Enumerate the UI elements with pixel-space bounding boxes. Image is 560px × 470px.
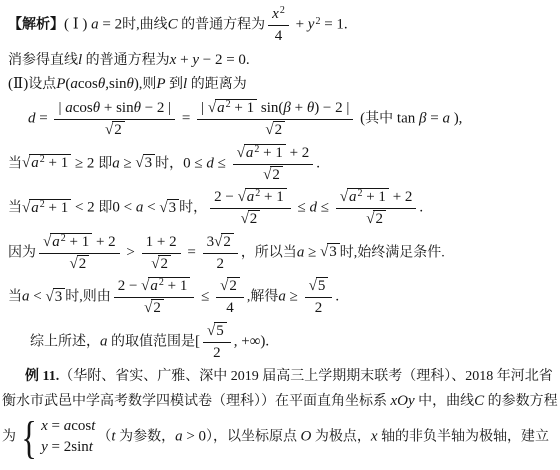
system-row: y = 2sint (41, 437, 95, 458)
cjk-text-run: 即 (98, 201, 112, 216)
text-run: 2 (153, 300, 161, 316)
math-fraction: √a2 + 1 + 2√2 (39, 233, 120, 274)
fraction-denominator: √2 (336, 209, 417, 229)
math-variable: a (442, 111, 450, 127)
text-run: ≥ (120, 155, 136, 171)
text-run: 2 − (118, 278, 141, 294)
cjk-text-run: ），以坐标原点 (206, 430, 301, 445)
math-fraction: √52 (305, 277, 333, 318)
text-run: > 0 (183, 429, 206, 445)
radicand: 2 (373, 210, 386, 228)
text-run: > (123, 244, 139, 260)
math-variable: a (52, 234, 60, 250)
text-run: 3 (55, 289, 63, 305)
math-variable: θ (127, 76, 134, 92)
text-run: + sin (100, 100, 133, 116)
solution-part2-setup-line: (Ⅱ)设点P(acosθ,sinθ),则P 到l 的距离为 (8, 74, 558, 95)
cjk-text-run: 当 (8, 290, 22, 305)
fraction-numerator: 3√2 (203, 233, 238, 254)
math-variable: a (31, 155, 39, 171)
math-sqrt: √3 (320, 242, 340, 262)
solution-line-eliminate-parameter: 消参得直线l 的普通方程为x + y − 2 = 0. (8, 50, 558, 71)
math-variable: x (371, 429, 378, 445)
text-run: ≤ (317, 200, 333, 216)
math-variable: C (474, 393, 484, 409)
text-run: ) − 2 | (314, 100, 349, 116)
radicand: 3 (167, 199, 180, 217)
cjk-text-run: 时,则由 (65, 290, 111, 305)
radicand: 2 (248, 210, 261, 228)
text-run: + 1 (164, 278, 187, 294)
text-run: 3 (145, 155, 153, 171)
radicand: 2 (270, 166, 283, 184)
text-run: = 1. (320, 17, 347, 33)
fraction-denominator: 2 (305, 298, 333, 318)
math-sqrt: √5 (309, 277, 329, 296)
math-sqrt: √2 (366, 210, 386, 229)
math-variable: a (150, 278, 158, 294)
cjk-text-run: 的距离为 (187, 77, 247, 92)
text-run: = 2sin (48, 439, 89, 455)
math-fraction: 2 − √a2 + 1√2 (210, 188, 291, 229)
text-run: 2 (275, 122, 283, 138)
math-sqrt: √2 (265, 121, 285, 140)
cjk-text-run: 为 (2, 430, 16, 445)
text-run: + (176, 52, 192, 68)
math-sqrt: √a2 + 1 (22, 153, 71, 173)
solution-case1-line: 当√a2 + 1 ≥ 2 即a ≥ √3时，0 ≤ d ≤ √a2 + 1 + … (8, 144, 558, 185)
text-run: ( Ⅰ ) (64, 17, 91, 33)
text-run: + 1 (260, 189, 283, 205)
text-run: . (316, 155, 320, 171)
radicand: 5 (316, 277, 329, 295)
math-variable: a (22, 289, 30, 305)
text-run: 2 (114, 122, 122, 138)
text-run: 2 (213, 345, 221, 361)
math-variable: a (217, 100, 225, 116)
text-run: = (184, 244, 200, 260)
cjk-text-run: 消参得直线 (8, 53, 78, 68)
radicand: a2 + 1 (347, 188, 389, 206)
math-variable: P (56, 76, 65, 92)
math-sqrt: √a2 + 1 (237, 144, 286, 163)
math-variable: a (65, 100, 73, 116)
text-run: 2 (223, 234, 231, 250)
radicand: 2 (221, 233, 234, 251)
text-run: 0 ≤ (183, 155, 206, 171)
text-run: [ (195, 333, 200, 349)
text-run: ,sin (105, 76, 126, 92)
text-run: 2 (375, 211, 383, 227)
radicand: 5 (214, 322, 227, 340)
cjk-text-run: 的参数方程 (484, 394, 558, 409)
fraction-numerator: √5 (203, 322, 231, 343)
math-variable: a (91, 17, 99, 33)
left-brace-icon: { (21, 418, 36, 457)
radicand: 3 (143, 154, 156, 172)
fraction-numerator: | acosθ + sinθ − 2 | (54, 99, 175, 120)
text-run: + 1 (259, 145, 282, 161)
cjk-text-run: 即 (98, 156, 112, 171)
math-variable: a (349, 189, 357, 205)
math-variable: d (28, 111, 36, 127)
cjk-text-run: 为参数， (116, 430, 176, 445)
fraction-numerator: 1 + 2 (142, 233, 181, 254)
math-variable: y (41, 439, 48, 455)
radicand: 2 (273, 121, 286, 139)
text-run: 3 (169, 200, 177, 216)
cjk-text-run: ,解得 (247, 290, 279, 305)
text-run: 4 (226, 300, 234, 316)
math-sqrt: √a2 + 1 (141, 277, 190, 296)
math-variable: xOy (391, 393, 415, 409)
fraction-numerator: √2 (216, 277, 244, 298)
math-variable: t (89, 439, 93, 455)
cjk-text-run: 当 (8, 201, 22, 216)
math-fraction: x24 (268, 5, 289, 46)
text-run: + 1 (45, 200, 68, 216)
cjk-text-run: 其中 (365, 112, 393, 127)
text-run: ≥ (286, 289, 302, 305)
text-run: ≥ 2 (71, 155, 98, 171)
math-sqrt: √a2 + 1 (208, 99, 257, 118)
math-sqrt: √2 (69, 255, 89, 274)
math-superscript: 2 (315, 16, 320, 27)
math-variable: a (31, 200, 39, 216)
math-variable: d (206, 155, 214, 171)
text-run: cos (78, 76, 98, 92)
solution-distance-formula-line: d = | acosθ + sinθ − 2 |√2 = | √a2 + 1 s… (28, 99, 558, 140)
math-variable: a (70, 76, 78, 92)
math-fraction: | √a2 + 1 sin(β + θ) − 2 |√2 (197, 99, 353, 140)
cjk-text-run: 因为 (8, 245, 36, 260)
text-run: 0 < (112, 200, 135, 216)
text-run: = (36, 111, 52, 127)
text-run: | (201, 100, 208, 116)
math-superscript: 2 (40, 154, 45, 165)
math-sqrt: √2 (144, 299, 164, 318)
math-sqrt: √a2 + 1 (22, 198, 71, 218)
cjk-text-run: 时,始终满足条件. (340, 245, 445, 260)
fraction-denominator: √2 (197, 120, 353, 140)
math-superscript: 2 (255, 188, 260, 199)
math-variable: a (246, 145, 254, 161)
fraction-numerator: √a2 + 1 + 2 (336, 188, 417, 209)
fraction-denominator: 4 (216, 298, 244, 318)
fraction-denominator: √2 (210, 209, 291, 229)
text-run: . (419, 200, 423, 216)
text-run: − 2 = 0. (199, 52, 250, 68)
math-variable: O (301, 429, 312, 445)
fraction-numerator: √5 (305, 277, 333, 298)
text-run: , +∞). (234, 333, 269, 349)
radicand: a2 + 1 (215, 99, 257, 117)
text-run: + 1 (45, 155, 68, 171)
text-run: ), (450, 111, 463, 127)
math-variable: t (91, 418, 95, 434)
bold-label: 【解析】 (8, 18, 64, 33)
text-run: 4 (275, 28, 283, 44)
text-run: 2 (229, 278, 237, 294)
fraction-numerator: x2 (268, 5, 289, 26)
cjk-text-run: 设点 (28, 77, 56, 92)
math-variable: a (100, 333, 108, 349)
radicand: a2 + 1 (148, 277, 190, 295)
fraction-denominator: √2 (39, 254, 120, 274)
text-run: + (292, 17, 308, 33)
math-variable: y (192, 52, 199, 68)
cjk-text-run: （华附、省实、广雅、深中 2019 届高三上学期期末联考（理科）、2018 年河… (59, 369, 553, 384)
math-sqrt: √2 (220, 277, 240, 296)
math-fraction: 2 − √a2 + 1√2 (114, 277, 195, 318)
math-variable: β (283, 100, 290, 116)
solution-case2-line: 当√a2 + 1 < 2 即0 < a < √3时，2 − √a2 + 1√2 … (8, 188, 558, 229)
fraction-denominator: 2 (203, 343, 231, 363)
math-variable: θ (134, 100, 141, 116)
radicand: 2 (227, 277, 240, 295)
example11-parametric-line: 为{x = acosty = 2sint（t 为参数，a > 0），以坐标原点 … (2, 416, 558, 458)
cjk-text-run: 的普通方程为 (82, 53, 170, 68)
math-superscript: 2 (159, 277, 164, 288)
fraction-denominator: √2 (233, 165, 314, 185)
text-run: − 2 | (141, 100, 171, 116)
text-run: ≤ (214, 155, 230, 171)
math-solution-document: 【解析】( Ⅰ ) a = 2时,曲线C 的普通方程为x24 + y2 = 1.… (0, 0, 560, 458)
text-run: + 1 (362, 189, 385, 205)
text-run: cos (71, 418, 91, 434)
text-run: ≤ (294, 200, 310, 216)
math-fraction: √52 (203, 322, 231, 363)
text-run: 2 (315, 300, 323, 316)
radicand: 2 (112, 121, 125, 139)
math-sqrt: √3 (135, 153, 155, 173)
math-variable: a (112, 155, 120, 171)
math-fraction: 1 + 2√2 (142, 233, 181, 274)
cjk-text-run: 到 (166, 77, 184, 92)
cjk-text-run: 时,曲线 (122, 18, 168, 33)
math-sqrt: √3 (45, 287, 65, 307)
text-run: 2 (160, 256, 168, 272)
cjk-text-run: ,则 (139, 77, 157, 92)
text-run: + 2 (286, 145, 309, 161)
math-sqrt: √2 (214, 233, 234, 252)
text-run: + 2 (92, 234, 115, 250)
cjk-text-run: （ (97, 430, 111, 445)
radicand: a2 + 1 (50, 233, 92, 251)
solution-part1-line: 【解析】( Ⅰ ) a = 2时,曲线C 的普通方程为x24 + y2 = 1. (8, 5, 558, 46)
bold-label: 例 11. (25, 369, 59, 384)
math-variable: P (156, 76, 165, 92)
text-run: ≤ (197, 289, 213, 305)
fraction-numerator: 2 − √a2 + 1 (114, 277, 195, 298)
math-sqrt: √2 (241, 210, 261, 229)
math-sqrt: √2 (105, 121, 125, 140)
text-run: < 2 (71, 200, 98, 216)
text-run: cos (73, 100, 93, 116)
radicand: a2 + 1 (245, 188, 287, 206)
cjk-text-run: 为极点， (311, 430, 371, 445)
text-run: 1 + 2 (146, 234, 177, 250)
cjk-text-run: 轴的非负半轴为极轴，建立 (378, 430, 550, 445)
text-run: . (335, 289, 339, 305)
fraction-numerator: √a2 + 1 + 2 (39, 233, 120, 254)
math-variable: x (272, 6, 279, 22)
cjk-text-run: 综上所述， (30, 334, 100, 349)
solution-case-a-less-line: 当a < √3时,则由2 − √a2 + 1√2 ≤ √24,解得a ≥ √52… (8, 277, 558, 318)
cjk-text-run: 当 (8, 156, 22, 171)
math-superscript: 2 (254, 144, 259, 155)
text-run: 2 (216, 256, 224, 272)
text-run: (Ⅱ) (8, 76, 28, 92)
math-sqrt: √3 (159, 198, 179, 218)
math-superscript: 2 (357, 188, 362, 199)
radicand: 3 (53, 288, 66, 306)
fraction-denominator: 4 (268, 26, 289, 46)
cjk-text-run: 衡水市武邑中学高考数学四模试卷（理科））在平面直角坐标系 (2, 394, 391, 409)
text-run: ≥ (304, 244, 320, 260)
equation-system: {x = acosty = 2sint (18, 416, 95, 458)
radicand: 2 (151, 299, 164, 317)
math-sqrt: √a2 + 1 (238, 188, 287, 207)
fraction-numerator: 2 − √a2 + 1 (210, 188, 291, 209)
text-run: 3 (329, 244, 337, 260)
text-run: 2 − (214, 189, 237, 205)
text-run: 3 (207, 234, 215, 250)
math-fraction: 3√22 (203, 233, 238, 274)
text-run: + 1 (231, 100, 254, 116)
math-fraction: √a2 + 1 + 2√2 (336, 188, 417, 229)
radicand: 3 (327, 243, 340, 261)
math-superscript: 2 (226, 99, 231, 110)
math-fraction: | acosθ + sinθ − 2 |√2 (54, 99, 175, 140)
radicand: 2 (158, 255, 171, 273)
text-run: = (48, 418, 64, 434)
radicand: a2 + 1 (29, 154, 71, 172)
math-fraction: √24 (216, 277, 244, 318)
text-run: 5 (318, 278, 326, 294)
text-run: 5 (216, 323, 224, 339)
text-run: = (426, 111, 442, 127)
math-sqrt: √2 (151, 255, 171, 274)
text-run: + 1 (66, 234, 89, 250)
fraction-denominator: √2 (54, 120, 175, 140)
math-sqrt: √a2 + 1 (340, 188, 389, 207)
text-run: < (30, 289, 46, 305)
math-variable: C (168, 17, 178, 33)
text-run: sin( (257, 100, 283, 116)
text-run: + (291, 100, 307, 116)
fraction-denominator: 2 (203, 254, 238, 274)
math-sqrt: √2 (263, 166, 283, 185)
math-variable: a (247, 189, 255, 205)
math-sqrt: √5 (207, 322, 227, 341)
example11-body-line: 衡水市武邑中学高考数学四模试卷（理科））在平面直角坐标系 xOy 中，曲线C 的… (2, 391, 558, 412)
math-fraction: √a2 + 1 + 2√2 (233, 144, 314, 185)
radicand: a2 + 1 (29, 199, 71, 217)
text-run: 2 (250, 211, 258, 227)
math-superscript: 2 (40, 199, 45, 210)
text-run: ( (356, 111, 365, 127)
cjk-text-run: ，所以当 (241, 245, 297, 260)
text-run: 2 (272, 167, 280, 183)
fraction-numerator: √a2 + 1 + 2 (233, 144, 314, 165)
math-variable: θ (93, 100, 100, 116)
math-variable: a (175, 429, 183, 445)
cjk-text-run: 时， (179, 201, 207, 216)
text-run: < (143, 200, 159, 216)
cjk-text-run: 的普通方程为 (178, 18, 266, 33)
text-run: + 2 (389, 189, 412, 205)
radicand: 2 (77, 255, 90, 273)
math-variable: d (310, 200, 318, 216)
text-run: 2 (79, 256, 87, 272)
system-row: x = acost (41, 416, 95, 437)
math-variable: y (308, 17, 315, 33)
solution-because-line: 因为√a2 + 1 + 2√2 > 1 + 2√2 = 3√22，所以当a ≥ … (8, 233, 558, 274)
fraction-denominator: √2 (142, 254, 181, 274)
text-run: = (178, 111, 194, 127)
math-superscript: 2 (61, 233, 66, 244)
radicand: a2 + 1 (244, 144, 286, 162)
cjk-text-run: 时， (155, 156, 183, 171)
cjk-text-run: 的取值范围是 (108, 334, 196, 349)
example11-heading-line: 例 11.（华附、省实、广雅、深中 2019 届高三上学期期末联考（理科）、20… (25, 366, 558, 387)
solution-conclusion-line: 综上所述，a 的取值范围是[√52, +∞). (30, 322, 558, 363)
math-sqrt: √a2 + 1 (43, 233, 92, 252)
cjk-text-run: 中，曲线 (415, 394, 475, 409)
fraction-denominator: √2 (114, 298, 195, 318)
text-run: = 2 (99, 17, 122, 33)
math-superscript: 2 (280, 5, 285, 16)
text-run: tan (393, 111, 419, 127)
fraction-numerator: | √a2 + 1 sin(β + θ) − 2 | (197, 99, 353, 120)
math-variable: x (41, 418, 48, 434)
system-rows: x = acosty = 2sint (41, 416, 95, 458)
math-variable: a (278, 289, 286, 305)
